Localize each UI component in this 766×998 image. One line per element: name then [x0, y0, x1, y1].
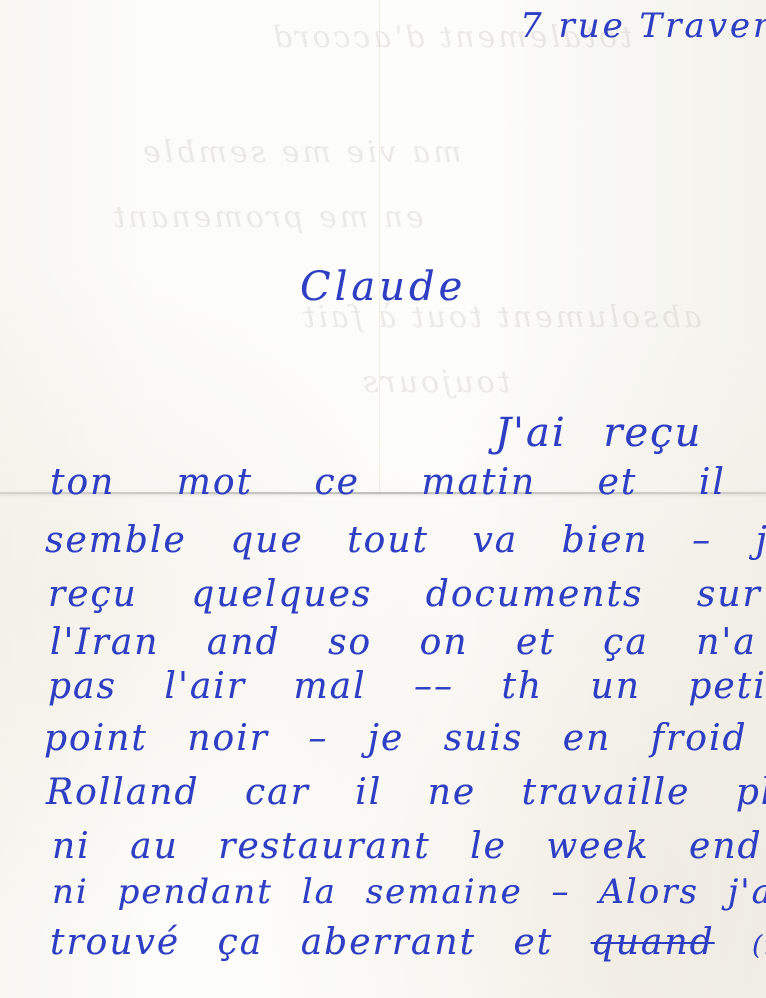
letter-line: ton mot ce matin et il me — [50, 462, 766, 503]
letter-line: ni au restaurant le week end — [52, 826, 763, 867]
bleed-through-text: en me promenant — [110, 200, 424, 235]
letter-line: pas l'air mal –– th un petit — [48, 666, 766, 707]
bleed-through-text: toujours — [360, 365, 510, 400]
struck-word: quand — [591, 922, 715, 963]
letter-line: point noir – je suis en froid à — [44, 718, 766, 759]
letter-line-last: trouvé ça aberrant et quand (il) — [50, 922, 766, 963]
salutation: Claude — [300, 264, 466, 310]
letter-line: J'ai reçu — [495, 410, 702, 456]
letter-line-text: trouvé ça aberrant et — [50, 922, 553, 963]
letter-line: reçu quelques documents sur — [48, 574, 762, 615]
sender-address: 7 rue Traversière 7 — [520, 6, 766, 46]
letter-line: l'Iran and so on et ça n'a — [50, 622, 757, 663]
bleed-through-text: ma vie me semble — [140, 135, 462, 170]
vertical-fold-line — [379, 0, 380, 492]
letter-line: semble que tout va bien – j'ai — [45, 520, 766, 561]
letter-line: ni pendant la semaine – Alors j'ai — [52, 872, 766, 912]
letter-line: Rolland car il ne travaille plus — [46, 772, 766, 813]
trailing-mark: (il) — [752, 931, 766, 961]
